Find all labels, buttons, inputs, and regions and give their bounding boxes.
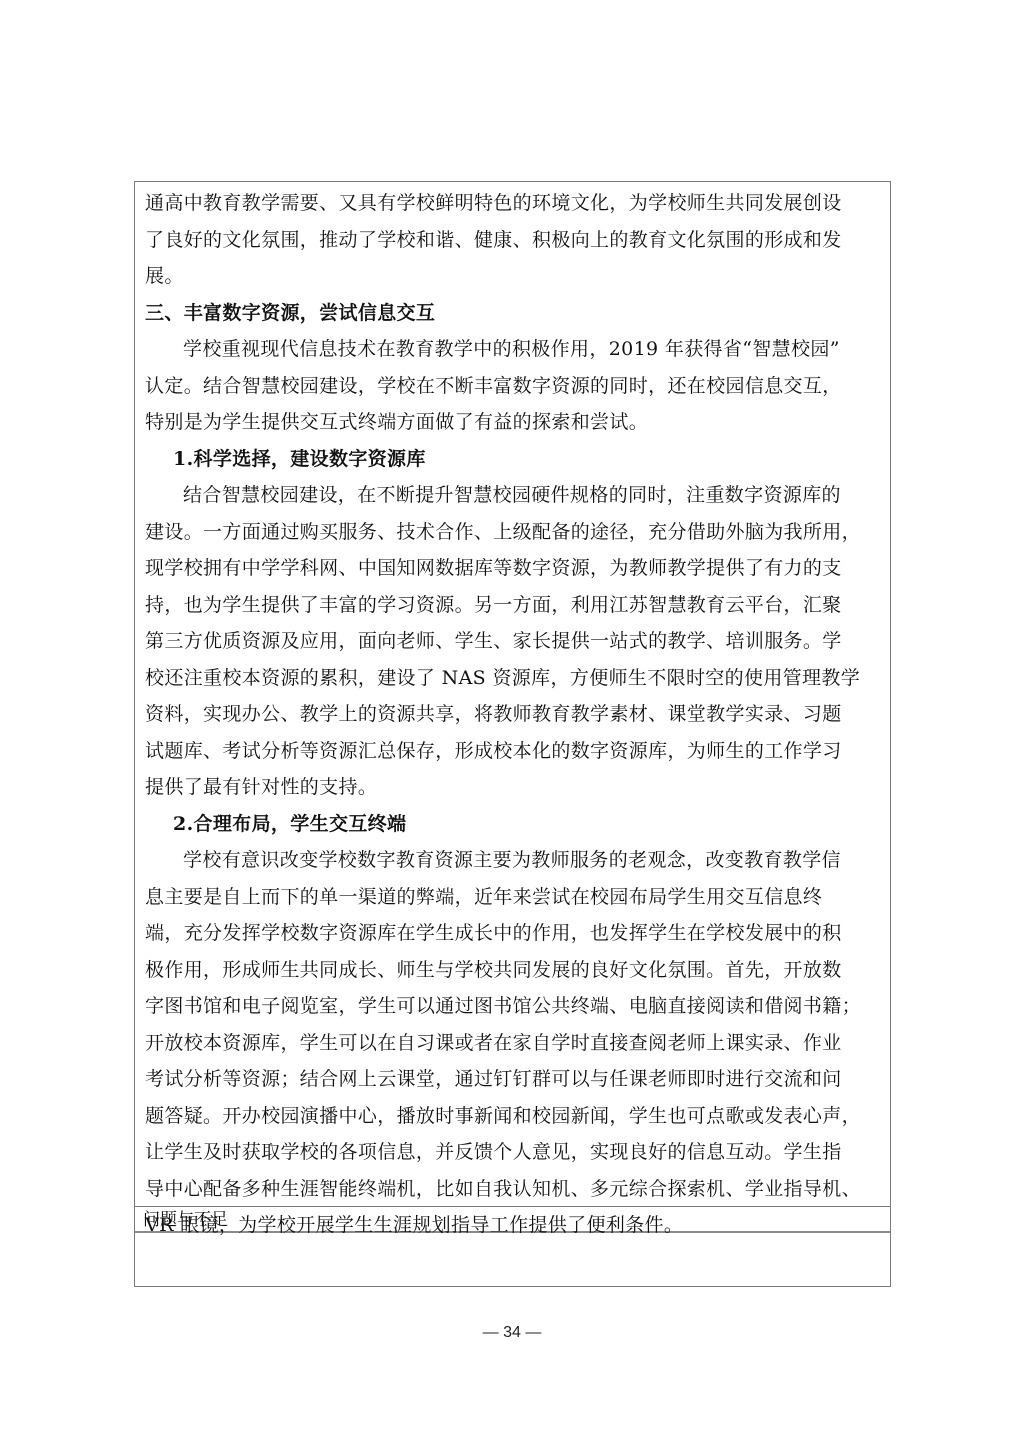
subsection-1-line: 结合智慧校园建设，在不断提升智慧校园硬件规格的同时，注重数字资源库的 xyxy=(145,477,880,514)
subsection-1-line: 提供了最有针对性的支持。 xyxy=(145,769,880,806)
subsection-1-heading: 1.科学选择，建设数字资源库 xyxy=(145,441,880,478)
subsection-1-line: 试题库、考试分析等资源汇总保存，形成校本化的数字资源库，为师生的工作学习 xyxy=(145,733,880,770)
body-line: 展。 xyxy=(145,258,880,295)
section-3-intro-line: 学校重视现代信息技术在教育教学中的积极作用，2019 年获得省“智慧校园” xyxy=(145,331,880,368)
subsection-1-line: 建设。一方面通过购买服务、技术合作、上级配备的途径，充分借助外脑为我所用， xyxy=(145,514,880,551)
subsection-2-line: 开放校本资源库，学生可以在自习课或者在家自学时直接查阅老师上课实录、作业 xyxy=(145,1025,880,1062)
subsection-2-line: 端，充分发挥学校数字资源库在学生成长中的作用，也发挥学生在学校发展中的积 xyxy=(145,915,880,952)
subsection-1-line: 持，也为学生提供了丰富的学习资源。另一方面，利用江苏智慧教育云平台，汇聚 xyxy=(145,587,880,624)
body-line: 通高中教育教学需要、又具有学校鲜明特色的环境文化，为学校师生共同发展创设 xyxy=(145,185,880,222)
subsection-2-line: 导中心配备多种生涯智能终端机，比如自我认知机、多元综合探索机、学业指导机、 xyxy=(145,1171,880,1208)
achievements-cell: 通高中教育教学需要、又具有学校鲜明特色的环境文化，为学校师生共同发展创设 了良好… xyxy=(135,182,890,1206)
subsection-2-line: 让学生及时获取学校的各项信息，并反馈个人意见，实现良好的信息互动。学生指 xyxy=(145,1134,880,1171)
subsection-2-line: 题答疑。开办校园演播中心，播放时事新闻和校园新闻，学生也可点歌或发表心声， xyxy=(145,1098,880,1135)
page-number: — 34 — xyxy=(0,1324,1024,1342)
report-table: 通高中教育教学需要、又具有学校鲜明特色的环境文化，为学校师生共同发展创设 了良好… xyxy=(134,181,891,1287)
document-page: 通高中教育教学需要、又具有学校鲜明特色的环境文化，为学校师生共同发展创设 了良好… xyxy=(0,0,1024,1448)
subsection-2-line: 学校有意识改变学校数字教育资源主要为教师服务的老观念，改变教育教学信 xyxy=(145,842,880,879)
subsection-2-line: 字图书馆和电子阅览室，学生可以通过图书馆公共终端、电脑直接阅读和借阅书籍； xyxy=(145,988,880,1025)
subsection-2-line: 考试分析等资源；结合网上云课堂，通过钉钉群可以与任课老师即时进行交流和问 xyxy=(145,1061,880,1098)
subsection-2-line: 息主要是自上而下的单一渠道的弊端，近年来尝试在校园布局学生用交互信息终 xyxy=(145,879,880,916)
subsection-1-line: 第三方优质资源及应用，面向老师、学生、家长提供一站式的教学、培训服务。学 xyxy=(145,623,880,660)
subsection-2-line: 极作用，形成师生共同成长、师生与学校共同发展的良好文化氛围。首先，开放数 xyxy=(145,952,880,989)
subsection-1-line: 现学校拥有中学学科网、中国知网数据库等数字资源，为教师教学提供了有力的支 xyxy=(145,550,880,587)
section-3-intro-line: 特别是为学生提供交互式终端方面做了有益的探索和尝试。 xyxy=(145,404,880,441)
section-3-heading: 三、丰富数字资源，尝试信息交互 xyxy=(145,295,880,332)
body-line: 了良好的文化氛围，推动了学校和谐、健康、积极向上的教育文化氛围的形成和发 xyxy=(145,222,880,259)
section-3-intro-line: 认定。结合智慧校园建设，学校在不断丰富数字资源的同时，还在校园信息交互， xyxy=(145,368,880,405)
subsection-1-line: 校还注重校本资源的累积，建设了 NAS 资源库，方便师生不限时空的使用管理教学 xyxy=(145,660,880,697)
subsection-2-heading: 2.合理布局，学生交互终端 xyxy=(145,806,880,843)
subsection-1-line: 资料，实现办公、教学上的资源共享，将教师教育教学素材、课堂教学实录、习题 xyxy=(145,696,880,733)
